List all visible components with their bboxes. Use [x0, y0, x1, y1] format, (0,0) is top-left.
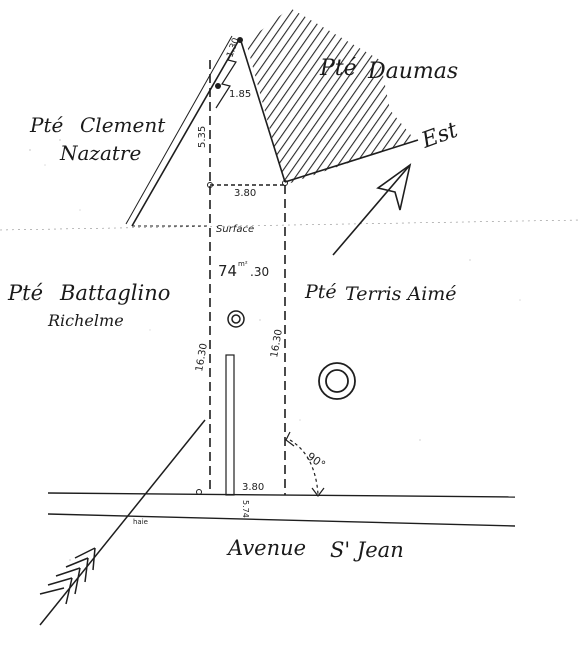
svg-text:Daumas: Daumas — [367, 59, 458, 84]
tip-point-2 — [215, 83, 221, 89]
label-battaglino: Pté Battaglino Richelme — [7, 281, 170, 330]
north-arrow-icon — [40, 420, 205, 625]
dim-tip-top: 1.30 — [225, 37, 241, 60]
label-street: Avenue S' Jean — [226, 536, 404, 562]
label-clement: Pté Clement Nazatre — [29, 113, 166, 165]
hatched-parcel-daumas — [246, 8, 415, 185]
svg-text:Battaglino: Battaglino — [59, 281, 170, 305]
svg-text:.30: .30 — [250, 265, 269, 279]
dim-angle: 90° — [304, 450, 327, 472]
dim-lower-width: 3.80 — [242, 482, 264, 493]
svg-text:Terris Aimé: Terris Aimé — [345, 283, 457, 305]
svg-text:Richelme: Richelme — [47, 311, 124, 330]
dim-upper-width: 3.80 — [234, 188, 256, 199]
svg-text:Clement: Clement — [80, 113, 166, 137]
dim-tip-width: 1.85 — [229, 89, 251, 100]
dim-surface: 74 m² .30 — [218, 260, 269, 280]
svg-text:74: 74 — [218, 262, 237, 280]
label-daumas: Pté Daumas — [319, 56, 458, 84]
east-arrow-icon — [333, 165, 410, 255]
svg-text:S' Jean: S' Jean — [330, 538, 404, 562]
label-terris: Pté Terris Aimé — [304, 281, 457, 305]
svg-text:m²: m² — [238, 260, 248, 268]
svg-text:Avenue: Avenue — [226, 536, 306, 560]
dim-upper-depth: 5.35 — [197, 126, 208, 148]
well-icon — [228, 311, 244, 327]
svg-text:Pté: Pté — [29, 113, 63, 137]
svg-text:Nazatre: Nazatre — [59, 141, 141, 165]
label-est: Est — [418, 118, 462, 154]
dim-sidewalk: 5.74 — [241, 500, 250, 518]
dim-surface-label: Surface — [216, 224, 254, 235]
dim-depth-left: 16.30 — [194, 342, 210, 372]
well-icon-large — [319, 363, 355, 399]
svg-text:Pté: Pté — [319, 56, 357, 81]
street-note: haie — [133, 518, 148, 526]
svg-text:Pté: Pté — [7, 281, 43, 305]
svg-text:Pté: Pté — [304, 281, 337, 303]
dim-depth-right: 16.30 — [269, 328, 285, 358]
site-plan-drawing: Pté Daumas Pté Clement Nazatre Pté Batta… — [0, 0, 580, 656]
